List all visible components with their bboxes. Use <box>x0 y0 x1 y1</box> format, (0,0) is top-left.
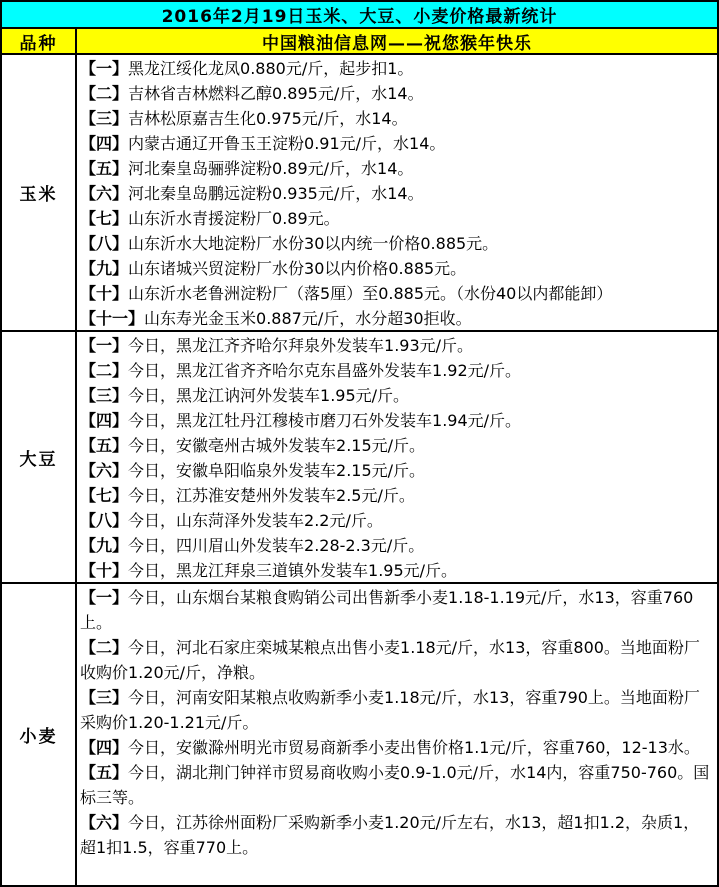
item-text: 今日，四川眉山外发装车2.28-2.3元/斤。 <box>128 536 424 555</box>
item-text: 河北秦皇岛骊骅淀粉0.89元/斤，水14。 <box>128 159 413 178</box>
item-index-marker: 【一】 <box>80 336 128 355</box>
price-item: 【五】今日，安徽亳州古城外发装车2.15元/斤。 <box>80 433 715 458</box>
item-index-marker: 【四】 <box>80 134 128 153</box>
header-site-greeting: 中国粮油信息网——祝您猴年快乐 <box>77 29 717 53</box>
item-text: 今日，黑龙江省齐齐哈尔克东昌盛外发装车1.92元/斤。 <box>128 361 521 380</box>
price-item: 【五】河北秦皇岛骊骅淀粉0.89元/斤，水14。 <box>80 156 715 181</box>
item-index-marker: 【五】 <box>80 159 128 178</box>
page-title: 2016年2月19日玉米、大豆、小麦价格最新统计 <box>2 2 717 29</box>
item-text: 今日，安徽滁州明光市贸易商新季小麦出售价格1.1元/斤，容重760，12-13水… <box>128 738 700 757</box>
item-text: 今日，安徽阜阳临泉外发装车2.15元/斤。 <box>128 461 425 480</box>
item-index-marker: 【七】 <box>80 486 128 505</box>
header-row: 品种 中国粮油信息网——祝您猴年快乐 <box>2 29 717 55</box>
item-index-marker: 【一】 <box>80 588 128 607</box>
item-index-marker: 【五】 <box>80 436 128 455</box>
item-index-marker: 【三】 <box>80 386 128 405</box>
price-item: 【七】今日，江苏淮安楚州外发装车2.5元/斤。 <box>80 483 715 508</box>
item-text: 今日，河南安阳某粮点收购新季小麦1.18元/斤，水13，容重790上。当地面粉厂… <box>80 688 700 732</box>
price-item: 【九】山东诸城兴贸淀粉厂水份30以内价格0.885元。 <box>80 256 715 281</box>
item-index-marker: 【九】 <box>80 259 128 278</box>
item-index-marker: 【五】 <box>80 763 128 782</box>
item-index-marker: 【四】 <box>80 738 128 757</box>
item-text: 今日，山东烟台某粮食购销公司出售新季小麦1.18-1.19元/斤，水13，容重7… <box>80 588 693 632</box>
section-soybean-items: 【一】今日，黑龙江齐齐哈尔拜泉外发装车1.93元/斤。【二】今日，黑龙江省齐齐哈… <box>77 332 717 582</box>
price-item: 【七】山东沂水青援淀粉厂0.89元。 <box>80 206 715 231</box>
price-item: 【六】今日，安徽阜阳临泉外发装车2.15元/斤。 <box>80 458 715 483</box>
item-index-marker: 【六】 <box>80 184 128 203</box>
section-soybean-label: 大豆 <box>2 332 77 582</box>
price-item: 【十】今日，黑龙江拜泉三道镇外发装车1.95元/斤。 <box>80 558 715 582</box>
item-text: 今日，黑龙江拜泉三道镇外发装车1.95元/斤。 <box>128 561 457 580</box>
price-item: 【四】内蒙古通辽开鲁玉王淀粉0.91元/斤，水14。 <box>80 131 715 156</box>
item-index-marker: 【六】 <box>80 461 128 480</box>
price-item: 【二】今日，黑龙江省齐齐哈尔克东昌盛外发装车1.92元/斤。 <box>80 358 715 383</box>
section-corn-items: 【一】黑龙江绥化龙凤0.880元/斤，起步扣1。【二】吉林省吉林燃料乙醇0.89… <box>77 55 717 330</box>
price-item: 【二】今日，河北石家庄栾城某粮点出售小麦1.18元/斤，水13，容重800。当地… <box>80 635 715 685</box>
section-corn-label: 玉米 <box>2 55 77 330</box>
item-text: 山东诸城兴贸淀粉厂水份30以内价格0.885元。 <box>128 259 466 278</box>
item-text: 今日，黑龙江牡丹江穆棱市磨刀石外发装车1.94元/斤。 <box>128 411 521 430</box>
price-item: 【八】山东沂水大地淀粉厂水份30以内统一价格0.885元。 <box>80 231 715 256</box>
price-item: 【一】今日，山东烟台某粮食购销公司出售新季小麦1.18-1.19元/斤，水13，… <box>80 585 715 635</box>
item-text: 吉林松原嘉吉生化0.975元/斤，水14。 <box>128 109 408 128</box>
section-wheat-label: 小麦 <box>2 584 77 885</box>
price-item: 【三】今日，河南安阳某粮点收购新季小麦1.18元/斤，水13，容重790上。当地… <box>80 685 715 735</box>
item-text: 山东寿光金玉米0.887元/斤，水分超30拒收。 <box>144 309 472 328</box>
item-text: 今日，山东菏泽外发装车2.2元/斤。 <box>128 511 383 530</box>
price-item: 【六】河北秦皇岛鹏远淀粉0.935元/斤，水14。 <box>80 181 715 206</box>
item-text: 山东沂水老鲁洲淀粉厂（落5厘）至0.885元。（水份40以内都能卸） <box>128 284 612 303</box>
price-item: 【二】吉林省吉林燃料乙醇0.895元/斤，水14。 <box>80 81 715 106</box>
item-text: 今日，黑龙江齐齐哈尔拜泉外发装车1.93元/斤。 <box>128 336 473 355</box>
item-index-marker: 【十一】 <box>80 309 144 328</box>
item-text: 今日，安徽亳州古城外发装车2.15元/斤。 <box>128 436 425 455</box>
price-table: 2016年2月19日玉米、大豆、小麦价格最新统计 品种 中国粮油信息网——祝您猴… <box>0 0 719 887</box>
item-index-marker: 【三】 <box>80 688 128 707</box>
price-item: 【一】今日，黑龙江齐齐哈尔拜泉外发装车1.93元/斤。 <box>80 333 715 358</box>
price-item: 【三】吉林松原嘉吉生化0.975元/斤，水14。 <box>80 106 715 131</box>
item-index-marker: 【三】 <box>80 109 128 128</box>
item-index-marker: 【二】 <box>80 638 128 657</box>
item-index-marker: 【二】 <box>80 361 128 380</box>
item-index-marker: 【六】 <box>80 813 128 832</box>
item-text: 山东沂水青援淀粉厂0.89元。 <box>128 209 340 228</box>
item-index-marker: 【八】 <box>80 234 128 253</box>
price-item: 【十一】山东寿光金玉米0.887元/斤，水分超30拒收。 <box>80 306 715 330</box>
item-index-marker: 【八】 <box>80 511 128 530</box>
price-item: 【三】今日，黑龙江讷河外发装车1.95元/斤。 <box>80 383 715 408</box>
item-index-marker: 【十】 <box>80 284 128 303</box>
item-index-marker: 【四】 <box>80 411 128 430</box>
price-item: 【八】今日，山东菏泽外发装车2.2元/斤。 <box>80 508 715 533</box>
price-item: 【五】今日，湖北荆门钟祥市贸易商收购小麦0.9-1.0元/斤，水14内，容重75… <box>80 760 715 810</box>
item-text: 河北秦皇岛鹏远淀粉0.935元/斤，水14。 <box>128 184 424 203</box>
item-index-marker: 【十】 <box>80 561 128 580</box>
item-text: 今日，江苏淮安楚州外发装车2.5元/斤。 <box>128 486 415 505</box>
header-variety-label: 品种 <box>2 29 77 53</box>
price-item: 【一】黑龙江绥化龙凤0.880元/斤，起步扣1。 <box>80 56 715 81</box>
item-index-marker: 【二】 <box>80 84 128 103</box>
item-text: 内蒙古通辽开鲁玉王淀粉0.91元/斤，水14。 <box>128 134 445 153</box>
price-item: 【六】今日，江苏徐州面粉厂采购新季小麦1.20元/斤左右，水13，超1扣1.2，… <box>80 810 715 860</box>
price-item: 【十】山东沂水老鲁洲淀粉厂（落5厘）至0.885元。（水份40以内都能卸） <box>80 281 715 306</box>
item-text: 今日，江苏徐州面粉厂采购新季小麦1.20元/斤左右，水13，超1扣1.2，杂质1… <box>80 813 699 857</box>
item-text: 今日，湖北荆门钟祥市贸易商收购小麦0.9-1.0元/斤，水14内，容重750-7… <box>80 763 709 807</box>
price-item: 【四】今日，黑龙江牡丹江穆棱市磨刀石外发装车1.94元/斤。 <box>80 408 715 433</box>
item-text: 今日，河北石家庄栾城某粮点出售小麦1.18元/斤，水13，容重800。当地面粉厂… <box>80 638 700 682</box>
section-wheat: 小麦 【一】今日，山东烟台某粮食购销公司出售新季小麦1.18-1.19元/斤，水… <box>2 584 717 885</box>
item-text: 山东沂水大地淀粉厂水份30以内统一价格0.885元。 <box>128 234 498 253</box>
item-text: 今日，黑龙江讷河外发装车1.95元/斤。 <box>128 386 409 405</box>
section-soybean: 大豆 【一】今日，黑龙江齐齐哈尔拜泉外发装车1.93元/斤。【二】今日，黑龙江省… <box>2 332 717 584</box>
item-index-marker: 【一】 <box>80 59 128 78</box>
price-item: 【九】今日，四川眉山外发装车2.28-2.3元/斤。 <box>80 533 715 558</box>
price-item: 【四】今日，安徽滁州明光市贸易商新季小麦出售价格1.1元/斤，容重760，12-… <box>80 735 715 760</box>
item-index-marker: 【九】 <box>80 536 128 555</box>
item-text: 黑龙江绥化龙凤0.880元/斤，起步扣1。 <box>128 59 413 78</box>
section-corn: 玉米 【一】黑龙江绥化龙凤0.880元/斤，起步扣1。【二】吉林省吉林燃料乙醇0… <box>2 55 717 332</box>
section-wheat-items: 【一】今日，山东烟台某粮食购销公司出售新季小麦1.18-1.19元/斤，水13，… <box>77 584 717 885</box>
item-index-marker: 【七】 <box>80 209 128 228</box>
item-text: 吉林省吉林燃料乙醇0.895元/斤，水14。 <box>128 84 424 103</box>
